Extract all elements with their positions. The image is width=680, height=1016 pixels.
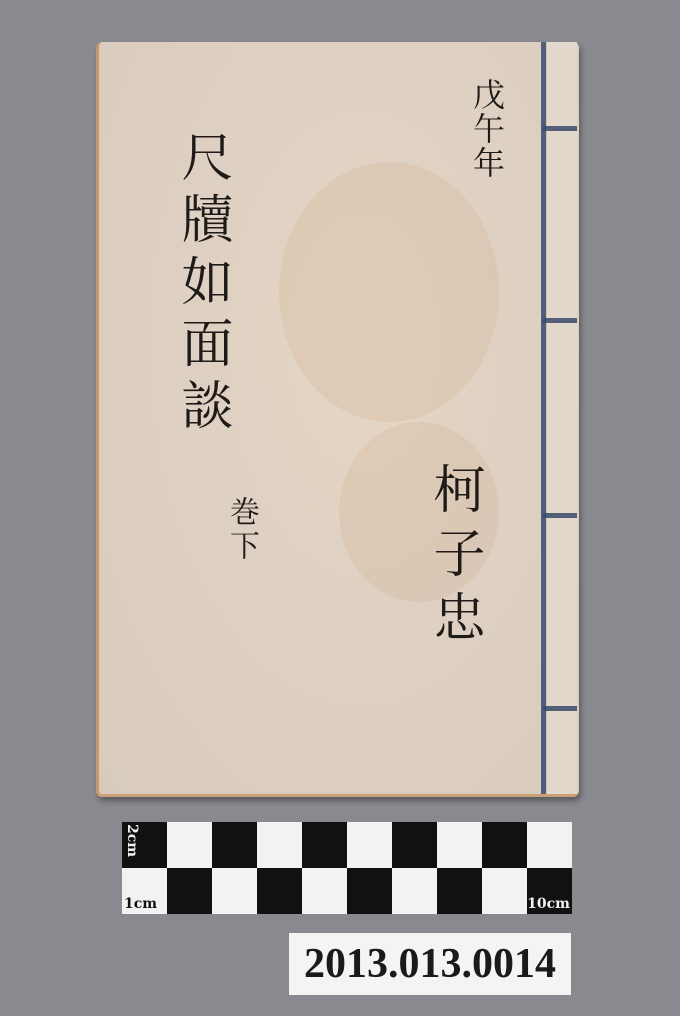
catalog-number-label: 2013.013.0014	[289, 933, 571, 995]
scale-label-2cm: 2cm	[124, 824, 140, 857]
book-title: 尺牘如面談	[165, 130, 240, 440]
book-owner: 柯子忠	[417, 462, 492, 654]
scale-cell	[212, 868, 257, 914]
scale-cell	[302, 822, 347, 868]
scale-cell	[392, 822, 437, 868]
scale-cell: 2cm	[122, 822, 167, 868]
scale-cell	[167, 822, 212, 868]
scale-cell	[392, 868, 437, 914]
binding-stitch	[543, 513, 577, 518]
scale-cell	[437, 822, 482, 868]
scale-cell	[212, 822, 257, 868]
scale-cell	[527, 822, 572, 868]
scale-label-1cm: 1cm	[124, 896, 157, 912]
book-spine	[546, 42, 577, 794]
scale-cell	[302, 868, 347, 914]
scale-cell	[167, 868, 212, 914]
scale-cell	[347, 822, 392, 868]
scale-bar: 2cm 1cm 10cm	[122, 822, 572, 914]
scale-cell	[482, 868, 527, 914]
binding-thread	[541, 42, 546, 794]
scale-cell	[347, 868, 392, 914]
paper-stain	[279, 162, 499, 422]
scale-cell	[257, 822, 302, 868]
binding-stitch	[543, 126, 577, 131]
scale-cell	[482, 822, 527, 868]
binding-stitch	[543, 706, 577, 711]
binding-stitch	[543, 318, 577, 323]
book-year: 戊午年	[464, 78, 510, 180]
scale-label-10cm: 10cm	[527, 896, 570, 912]
manuscript-book-cover: 尺牘如面談 巻下 戊午年 柯子忠	[96, 42, 579, 797]
scale-cell	[437, 868, 482, 914]
scale-cell: 1cm	[122, 868, 167, 914]
scale-cell: 10cm	[527, 868, 572, 914]
book-volume: 巻下	[219, 496, 263, 564]
scale-cell	[257, 868, 302, 914]
